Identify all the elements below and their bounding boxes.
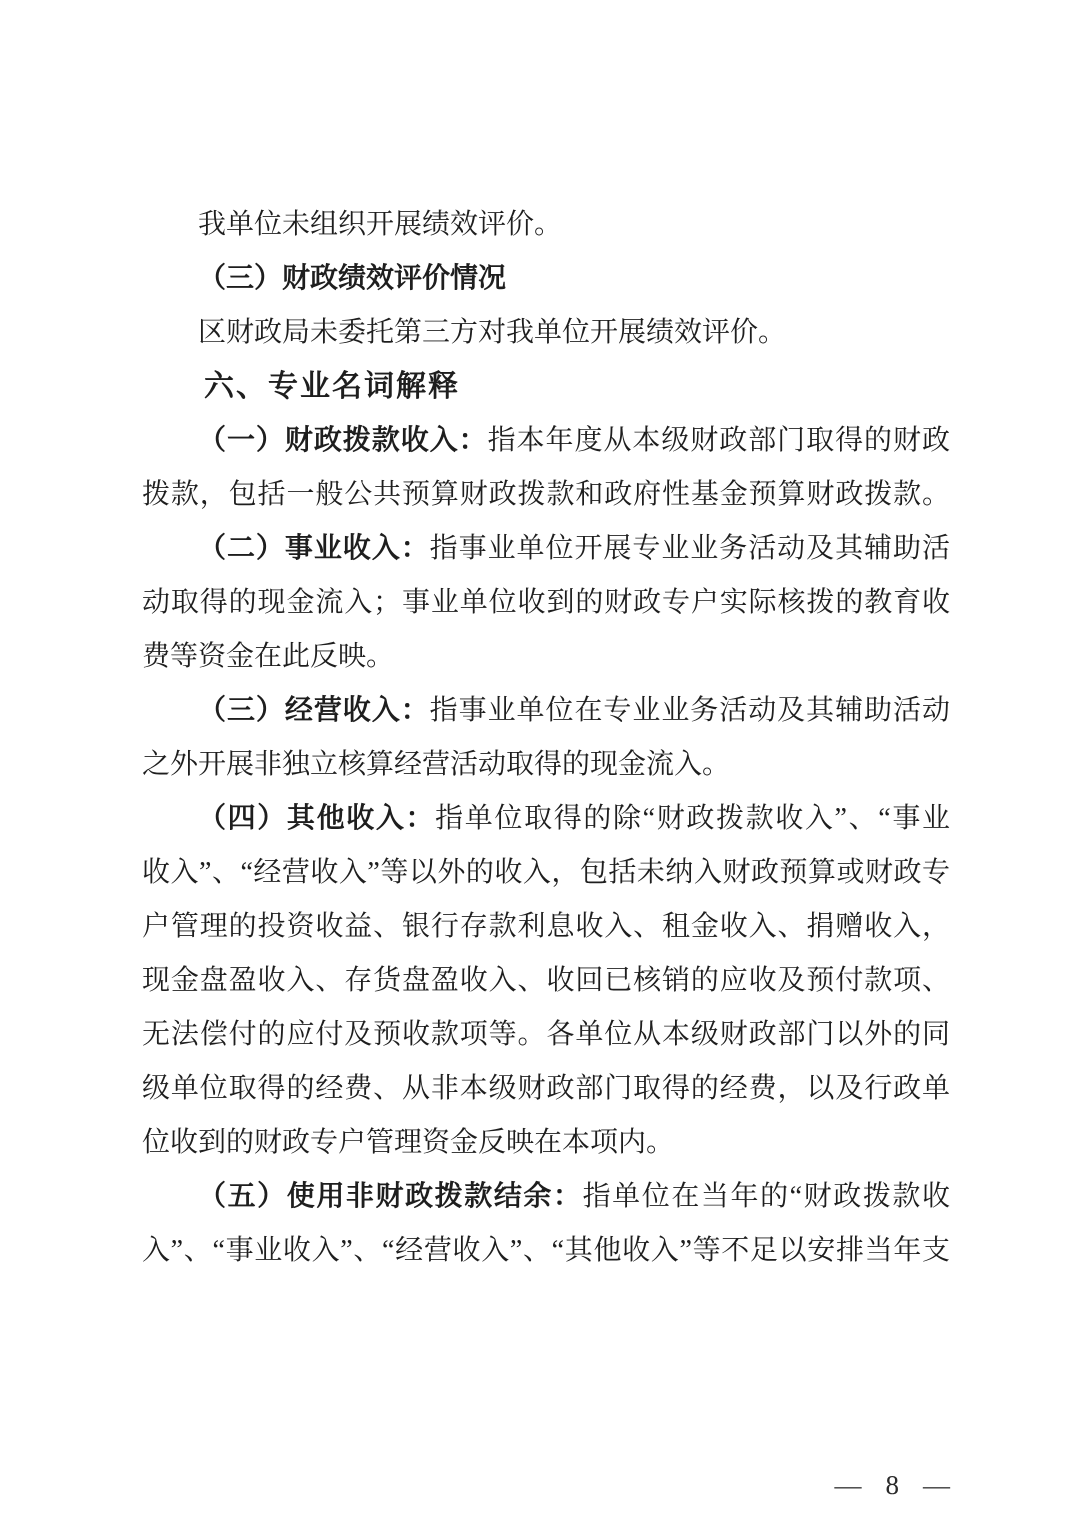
section-heading-terminology: 六、专业名词解释 [142,360,950,414]
term-def-line: 之外开展非独立核算经营活动取得的现金流入。 [142,738,950,792]
term-def-line: 现金盘盈收入、存货盘盈收入、收回已核销的应收及预付款项、 [142,954,950,1008]
term-def-line-operational-income: （二）事业收入：指事业单位开展专业业务活动及其辅助活 [142,522,950,576]
para-text: 我单位未组织开展绩效评价。 [198,209,562,240]
term-text: 位收到的财政专户管理资金反映在本项内。 [142,1127,674,1158]
term-name: （一）财政拨款收入： [198,425,488,456]
term-def-line: 动取得的现金流入；事业单位收到的财政专户实际核拨的教育收 [142,576,950,630]
subsection-heading-fiscal-performance-evaluation: （三）财政绩效评价情况 [142,252,950,306]
term-text: 现金盘盈收入、存货盘盈收入、收回已核销的应收及预付款项、 [142,965,950,996]
para-text: 区财政局未委托第三方对我单位开展绩效评价。 [198,317,786,348]
term-name: （三）经营收入： [198,695,430,726]
term-def-line: 位收到的财政专户管理资金反映在本项内。 [142,1116,950,1170]
term-text: 入”、“事业收入”、“经营收入”、“其他收入”等不足以安排当年支 [142,1235,950,1266]
term-def-line: 拨款，包括一般公共预算财政拨款和政府性基金预算财政拨款。 [142,468,950,522]
term-text: 之外开展非独立核算经营活动取得的现金流入。 [142,749,730,780]
term-text: 无法偿付的应付及预收款项等。各单位从本级财政部门以外的同 [142,1019,950,1050]
term-text: 费等资金在此反映。 [142,641,394,672]
term-text: 动取得的现金流入；事业单位收到的财政专户实际核拨的教育收 [142,587,950,618]
term-def-line-non-fiscal-surplus: （五）使用非财政拨款结余：指单位在当年的“财政拨款收 [142,1170,950,1224]
term-name: （四）其他收入： [198,803,435,834]
footer-dash-left: — [835,1470,862,1501]
term-text: 收入”、“经营收入”等以外的收入，包括未纳入财政预算或财政专 [142,857,950,888]
document-page: 我单位未组织开展绩效评价。 （三）财政绩效评价情况 区财政局未委托第三方对我单位… [0,0,1074,1520]
term-def-line: 入”、“事业收入”、“经营收入”、“其他收入”等不足以安排当年支 [142,1224,950,1278]
term-def-line: 收入”、“经营收入”等以外的收入，包括未纳入财政预算或财政专 [142,846,950,900]
term-text: 指事业单位在专业业务活动及其辅助活动 [430,695,950,726]
term-def-line: 无法偿付的应付及预收款项等。各单位从本级财政部门以外的同 [142,1008,950,1062]
document-body: 我单位未组织开展绩效评价。 （三）财政绩效评价情况 区财政局未委托第三方对我单位… [142,198,950,1278]
term-text: 指事业单位开展专业业务活动及其辅助活 [430,533,950,564]
footer-dash-right: — [923,1470,950,1501]
para-no-self-evaluation: 我单位未组织开展绩效评价。 [142,198,950,252]
term-text: 户管理的投资收益、银行存款利息收入、租金收入、捐赠收入， [142,911,950,942]
term-name: （二）事业收入： [198,533,430,564]
term-def-line: 级单位取得的经费、从非本级财政部门取得的经费，以及行政单 [142,1062,950,1116]
term-def-line: 户管理的投资收益、银行存款利息收入、租金收入、捐赠收入， [142,900,950,954]
para-no-third-party-evaluation: 区财政局未委托第三方对我单位开展绩效评价。 [142,306,950,360]
term-text: 指单位在当年的“财政拨款收 [583,1181,950,1212]
term-def-line-business-income: （三）经营收入：指事业单位在专业业务活动及其辅助活动 [142,684,950,738]
term-def-line-other-income: （四）其他收入：指单位取得的除“财政拨款收入”、“事业 [142,792,950,846]
term-def-line-fiscal-appropriation-income: （一）财政拨款收入：指本年度从本级财政部门取得的财政 [142,414,950,468]
term-def-line: 费等资金在此反映。 [142,630,950,684]
page-footer: — 8 — [835,1470,951,1501]
term-text: 级单位取得的经费、从非本级财政部门取得的经费，以及行政单 [142,1073,950,1104]
term-text: 拨款，包括一般公共预算财政拨款和政府性基金预算财政拨款。 [142,479,950,510]
term-text: 指单位取得的除“财政拨款收入”、“事业 [435,803,950,834]
term-name: （五）使用非财政拨款结余： [198,1181,583,1212]
term-text: 指本年度从本级财政部门取得的财政 [488,425,950,456]
page-number: 8 [886,1470,900,1501]
heading-text: （三）财政绩效评价情况 [198,263,506,294]
heading-text: 六、专业名词解释 [204,370,460,403]
